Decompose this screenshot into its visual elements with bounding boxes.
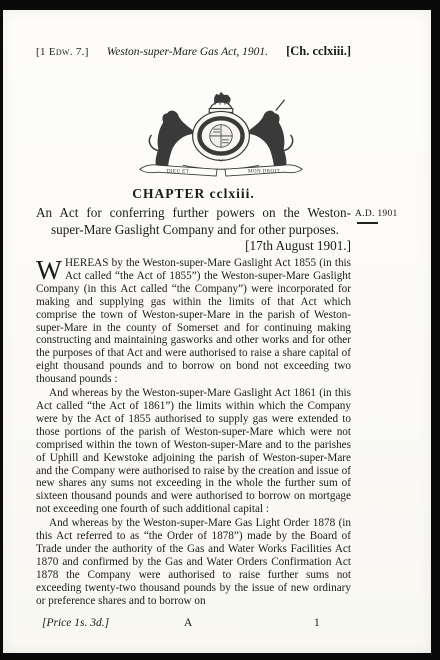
page-footer: [Price 1s. 3d.] A 1	[36, 617, 351, 633]
preamble-paragraph-2: And whereas by the Weston-super-Mare Gas…	[36, 387, 351, 516]
drop-cap: W	[36, 257, 65, 281]
title-line-1: An Act for conferring further powers on …	[36, 205, 351, 222]
preamble-paragraph-3: And whereas by the Weston-super-Mare Gas…	[36, 517, 351, 607]
signature-mark: A	[184, 617, 192, 629]
page-number: 1	[314, 617, 320, 629]
preamble-paragraph-1: WHEREAS by the Weston-super-Mare Gasligh…	[36, 257, 351, 386]
scanned-act-page: { "header": { "regnal_year": "[1 Edw. 7.…	[0, 0, 440, 660]
chapter-heading: CHAPTER cclxiii.	[36, 186, 351, 202]
regnal-year: [1 Edw. 7.]	[36, 46, 89, 58]
running-title: Weston-super-Mare Gas Act, 1901.	[107, 46, 268, 58]
act-preamble: WHEREAS by the Weston-super-Mare Gasligh…	[36, 257, 351, 615]
act-long-title: An Act for conferring further powers on …	[36, 205, 351, 255]
royal-coat-of-arms-icon: DIEU ET MON DROIT	[128, 86, 314, 180]
margin-note-year: A.D. 1901	[355, 209, 403, 224]
price-note: [Price 1s. 3d.]	[42, 617, 109, 629]
margin-note-text: A.D. 1901	[355, 209, 398, 219]
title-line-2: super-Mare Gaslight Company and for othe…	[36, 222, 351, 239]
margin-note-rule	[357, 222, 378, 224]
document-page: [1 Edw. 7.] Weston-super-Mare Gas Act, 1…	[3, 10, 431, 653]
motto-right-text: MON DROIT	[248, 169, 281, 175]
chapter-reference: [Ch. cclxiii.]	[286, 44, 351, 59]
motto-left-text: DIEU ET	[167, 169, 190, 175]
page-header: [1 Edw. 7.] Weston-super-Mare Gas Act, 1…	[36, 44, 351, 59]
paragraph-text: HEREAS by the Weston-super-Mare Gaslight…	[36, 257, 351, 385]
royal-assent-date: [17th August 1901.]	[36, 238, 351, 255]
